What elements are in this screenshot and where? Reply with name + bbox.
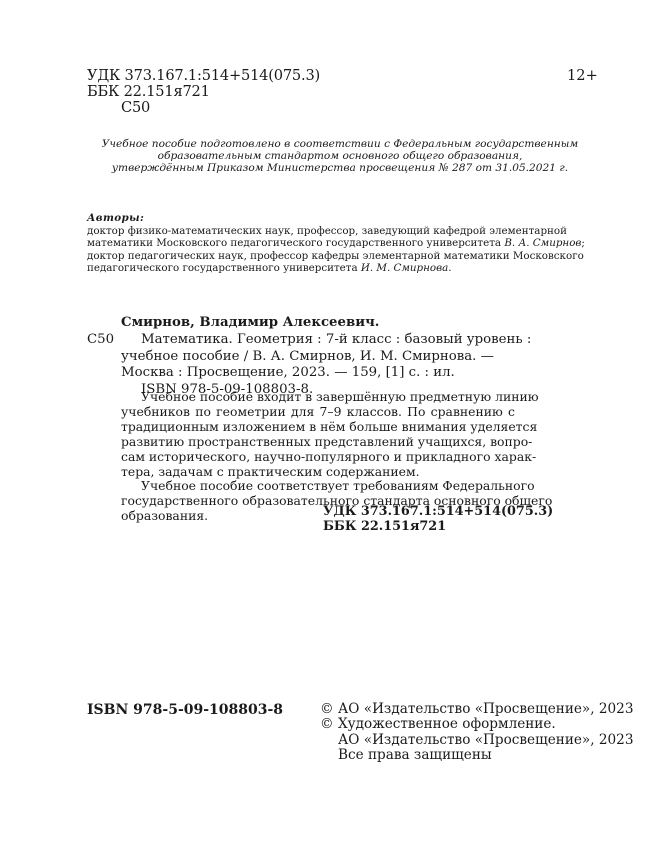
bibliographic-record: Смирнов, Владимир Алексеевич. С50Математ… xyxy=(87,315,567,399)
cutter-code: С50 xyxy=(87,100,320,116)
annotation-line: учебников по геометрии для 7–9 классов. … xyxy=(121,405,515,420)
udk-code-bold: УДК 373.167.1:514+514(075.3) xyxy=(323,505,553,520)
author-line: математики Московского педагогического г… xyxy=(87,237,563,250)
publication-line: Москва : Просвещение, 2023. — 159, [1] с… xyxy=(121,365,455,380)
title-line: учебное пособие / В. А. Смирнов, И. М. С… xyxy=(121,349,494,364)
copyright-line: АО «Издательство «Просвещение», 2023 xyxy=(338,701,634,717)
standards-notice: Учебное пособие подготовлено в соответст… xyxy=(100,138,580,175)
annotation-line: развитию пространственных представлений … xyxy=(121,435,515,450)
copyright-line: АО «Издательство «Просвещение», 2023 xyxy=(338,732,634,748)
copyright-icon: © xyxy=(320,717,334,732)
authors-heading: Авторы: xyxy=(87,212,563,225)
isbn: ISBN 978-5-09-108803-8 xyxy=(87,702,283,718)
annotation-line: тера, задачам с практическим содержанием… xyxy=(121,465,515,480)
copyright-line: Художественное оформление. xyxy=(338,716,556,732)
author-line: доктор педагогических наук, профессор ка… xyxy=(87,250,563,263)
notice-line: Учебное пособие подготовлено в соответст… xyxy=(100,138,580,150)
main-author: Смирнов, Владимир Алексеевич. xyxy=(121,315,379,330)
author-line: доктор физико-математических наук, профе… xyxy=(87,225,563,238)
rights-reserved: Все права защищены xyxy=(338,747,492,763)
author-name: И. М. Смирнова xyxy=(361,262,448,274)
notice-line: образовательным стандартом основного общ… xyxy=(100,150,580,162)
bbk-code: ББК 22.151я721 xyxy=(87,84,320,100)
annotation-line: традиционным изложением в нём больше вни… xyxy=(121,420,515,435)
title-line: Математика. Геометрия : 7-й класс : базо… xyxy=(121,332,531,347)
record-cutter: С50 xyxy=(87,332,114,349)
annotation-line: Учебное пособие входит в завершённую пре… xyxy=(121,390,515,405)
classification-codes: УДК 373.167.1:514+514(075.3) ББК 22.151я… xyxy=(87,68,320,116)
annotation-line: Учебное пособие соответствует требования… xyxy=(121,479,515,494)
author-line: педагогического государственного универс… xyxy=(87,262,563,275)
copyright-block: ©АО «Издательство «Просвещение», 2023 ©Х… xyxy=(320,702,634,764)
bbk-code-bold: ББК 22.151я721 xyxy=(323,520,553,535)
copyright-icon: © xyxy=(320,702,334,717)
udk-code: УДК 373.167.1:514+514(075.3) xyxy=(87,68,320,84)
author-name: В. А. Смирнов xyxy=(504,237,581,249)
age-rating: 12+ xyxy=(567,68,598,84)
notice-line: утверждённым Приказом Министерства просв… xyxy=(100,162,580,174)
classification-bold: УДК 373.167.1:514+514(075.3) ББК 22.151я… xyxy=(323,505,553,534)
authors-block: Авторы: доктор физико-математических нау… xyxy=(87,212,563,275)
annotation-line: сам исторического, научно-популярного и … xyxy=(121,450,515,465)
